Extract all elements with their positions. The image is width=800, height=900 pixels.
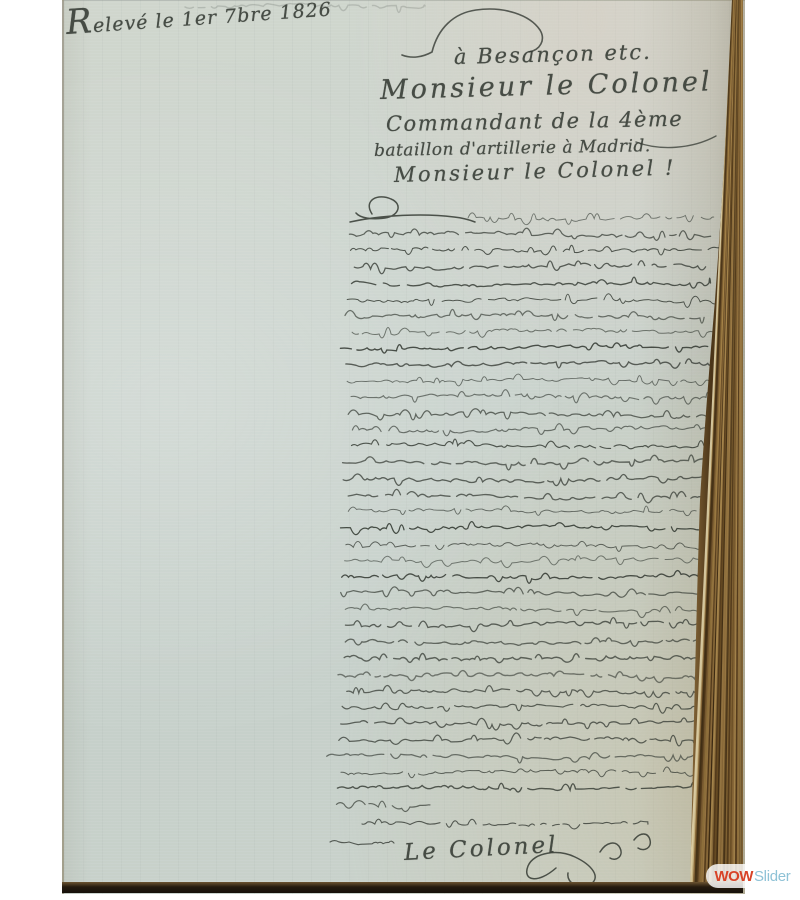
- wowslider-watermark[interactable]: WOWSlider: [706, 864, 799, 888]
- salutation-line: Monsieur le Colonel !: [394, 156, 677, 187]
- addressee-line-1: Monsieur le Colonel: [380, 66, 713, 106]
- page-edge-streaks: [690, 0, 743, 893]
- page-root: Relevé le 1er 7bre 1826 à Besançon etc. …: [0, 0, 800, 900]
- watermark-bold-text: WOW: [714, 869, 752, 884]
- signature-line: Le Colonel: [403, 832, 559, 866]
- book-edge: [683, 0, 743, 893]
- addressee-line-2: Commandant de la 4ème: [386, 107, 684, 136]
- heading-place-line: à Besançon etc.: [454, 40, 652, 69]
- watermark-light-text: Slider: [754, 869, 791, 884]
- date-line: Relevé le 1er 7bre 1826: [65, 0, 333, 43]
- document-photo: Relevé le 1er 7bre 1826 à Besançon etc. …: [62, 0, 745, 894]
- page-bottom-shadow: [62, 882, 743, 893]
